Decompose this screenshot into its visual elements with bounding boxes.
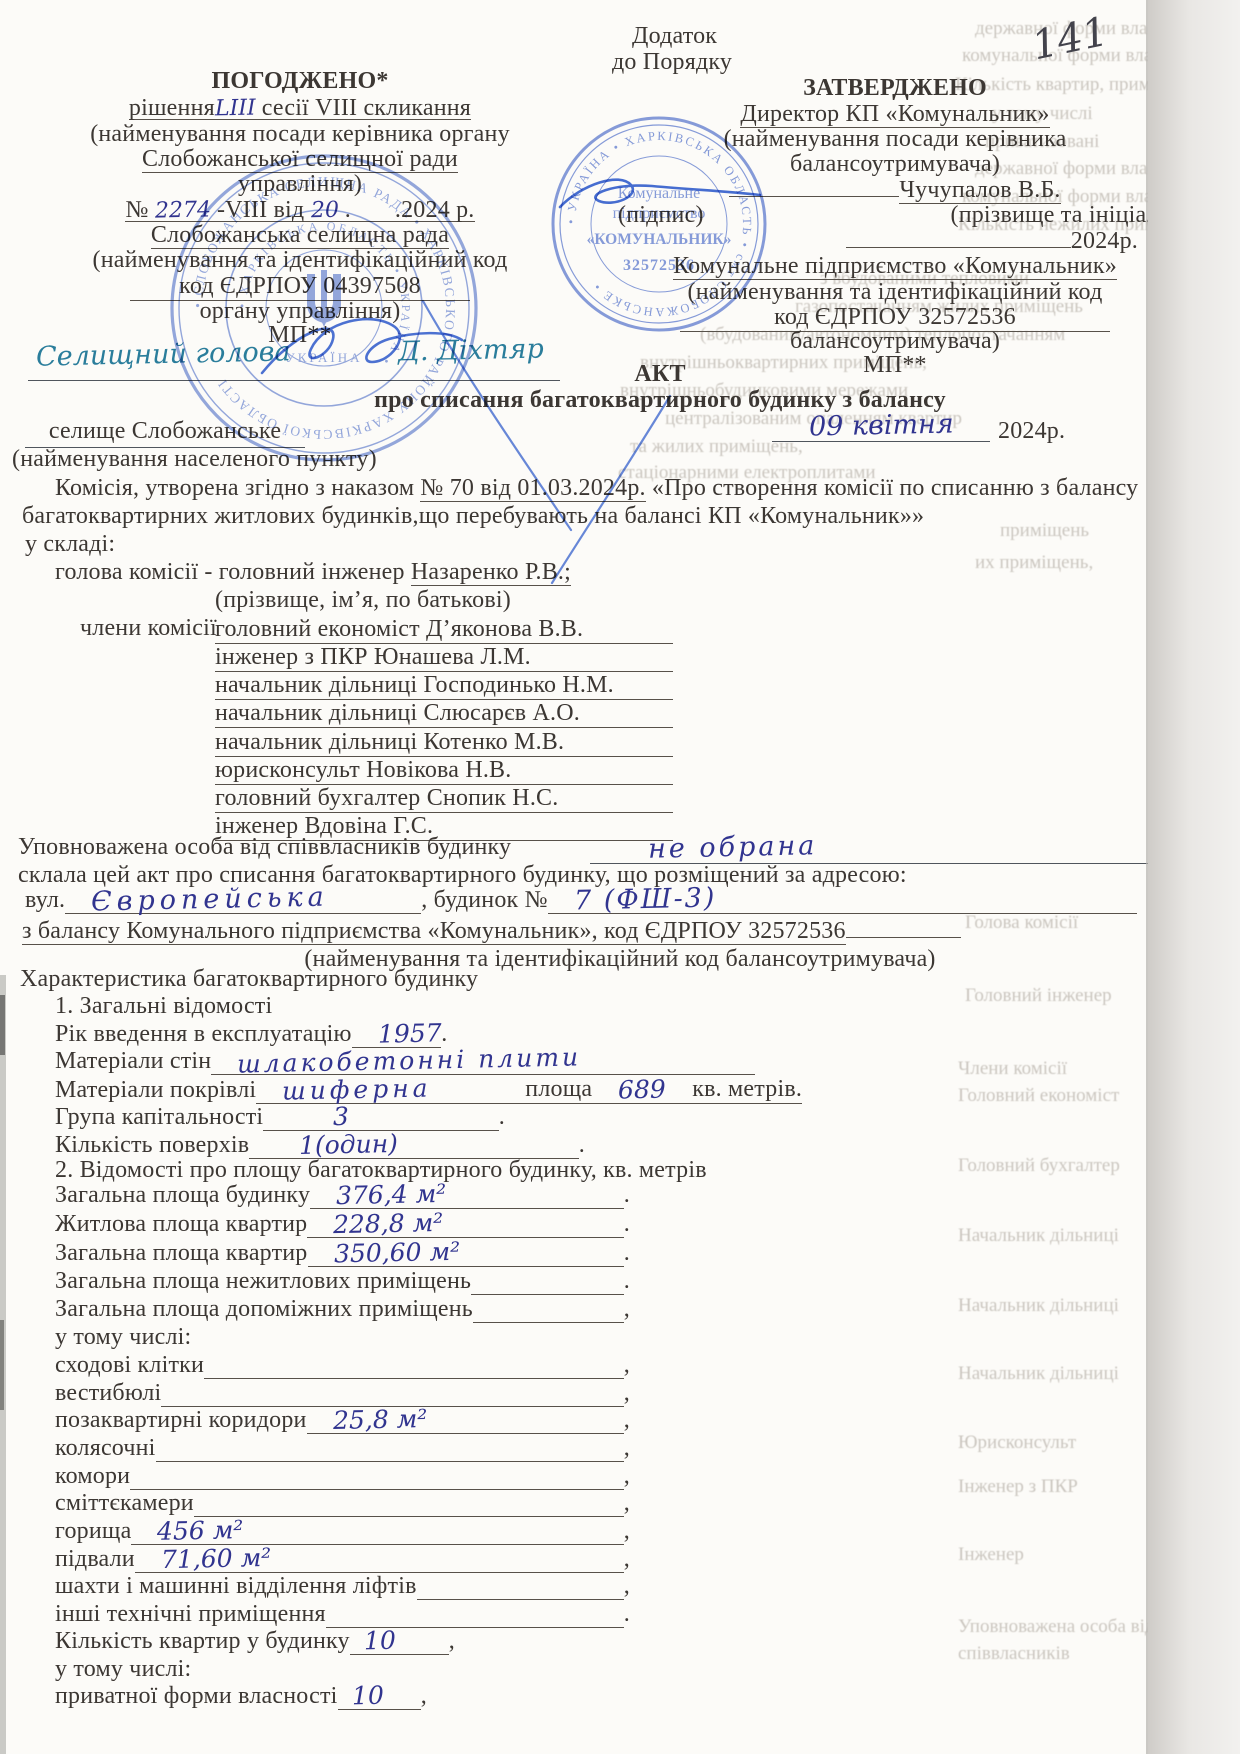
note-text: (найменування посади керівника	[724, 126, 1067, 152]
confirmed-title-text: ЗАТВЕРДЖЕНО	[803, 75, 987, 101]
approved-title: ПОГОДЖЕНО*	[30, 68, 570, 95]
council-round-stamp-icon: • СЛОБОЖАНСЬКА СЕЛИЩНА РАДА • ХАРКІВСЬКО…	[166, 150, 482, 466]
row-blank: 228,8 м²	[307, 1211, 623, 1238]
row-blank: 1957	[352, 1021, 442, 1048]
row-blank: 10	[338, 1683, 421, 1710]
row-value-handwritten: 1957	[377, 1020, 441, 1046]
row-label: Загальна площа допоміжних приміщень	[55, 1296, 473, 1323]
street-blank: Європейська	[65, 886, 421, 914]
session-number-handwritten: LIII	[215, 98, 256, 121]
building-value-handwritten: 7 (ФШ-3)	[573, 885, 716, 915]
bleed-text: Юрисконсульт	[958, 1432, 1076, 1454]
commission-intro-line-2: багатоквартирних житлових будинків,що пе…	[22, 503, 924, 530]
row-value-handwritten: 10	[364, 1628, 396, 1654]
row-punct: ,	[624, 1573, 630, 1600]
head-label: голова комісії - головний інженер	[55, 559, 411, 585]
street-label: вул.	[25, 887, 65, 914]
approved-decision-line: рішенняLIII сесії VIII скликання	[30, 95, 570, 122]
row-value-handwritten: 10	[351, 1683, 383, 1709]
stamp-company-code: 32572536	[623, 257, 695, 274]
label-text: Уповноважена особа від співвласників буд…	[18, 834, 511, 860]
row-label: горища	[55, 1518, 131, 1545]
address-line: вул. Європейська , будинок № 7 (ФШ-3)	[25, 886, 1137, 914]
approved-note-1: (найменування посади керівника органу	[30, 121, 570, 148]
section-1-title: 1. Загальні відомості	[55, 993, 272, 1020]
row-label: Загальна площа квартир	[55, 1240, 308, 1267]
row-label: колясочні	[55, 1435, 156, 1462]
stamp-company-line-1: Комунальне	[618, 185, 700, 202]
row-label: Матеріали покрівлі	[55, 1077, 256, 1104]
bleed-text: Уповноважена особа від	[958, 1616, 1155, 1638]
commission-intro-line-1: Комісія, утворена згідно з наказом № 70 …	[55, 475, 1138, 502]
confirmed-title: ЗАТВЕРДЖЕНО	[600, 75, 1190, 102]
member-text: головний бухгалтер Снопик Н.С.	[215, 785, 558, 811]
row-value-handwritten: 1(один)	[299, 1131, 398, 1158]
bleed-text: Начальник дільниці	[958, 1295, 1119, 1317]
row-label: підвали	[55, 1546, 135, 1573]
row-punct: ,	[624, 1546, 630, 1573]
annex-line-1: Додаток	[632, 23, 717, 50]
row-blank: 350,60 м²	[308, 1240, 624, 1267]
note-text: (прізвище, ім’я, по батькові)	[215, 587, 511, 613]
row-label: у тому числі:	[55, 1656, 191, 1682]
section-title-text: 2. Відомості про площу багатоквартирного…	[55, 1157, 707, 1183]
area-row: сміттєкамери,	[55, 1490, 630, 1517]
roof-material-row: Матеріали покрівлішифернаплоща689кв. мет…	[55, 1076, 885, 1104]
member-text: головний економіст Д’яконова В.В.	[215, 616, 583, 642]
row-blank	[417, 1581, 624, 1600]
characteristics-title: Характеристика багатоквартирного будинку	[20, 966, 478, 993]
area-row: комори,	[55, 1463, 630, 1490]
floors-row: Кількість поверхів1(один).	[55, 1132, 585, 1159]
building-blank: 7 (ФШ-3)	[548, 886, 1137, 914]
commission-member-row: головний бухгалтер Снопик Н.С.	[215, 785, 673, 813]
row-punct: .	[579, 1132, 585, 1159]
row-label: Загальна площа нежитлових приміщень	[55, 1268, 471, 1295]
bleed-text: Голова комісії	[965, 912, 1078, 934]
number-sign: №	[125, 197, 154, 223]
area-label: площа	[517, 1076, 592, 1104]
row-punct: ,	[624, 1490, 630, 1517]
decision-label-tail: сесії VIII скликання	[256, 95, 472, 121]
bleed-text: Інженер з ПКР	[958, 1476, 1078, 1498]
bleed-text: их приміщень,	[975, 552, 1093, 574]
note-text: балансоутримувача)	[790, 328, 1000, 354]
row-label: Загальна площа будинку	[55, 1182, 310, 1209]
row-blank: 456 м²	[131, 1518, 623, 1545]
row-punct: ,	[624, 1380, 630, 1407]
row-value-handwritten: шлакобетонні плити	[237, 1044, 582, 1076]
annex-text: Додаток	[632, 23, 717, 49]
area-row: Загальна площа допоміжних приміщень,	[55, 1296, 630, 1323]
area-row: колясочні,	[55, 1435, 630, 1462]
member-text: юрисконсульт Новікова Н.В.	[215, 757, 511, 783]
note-text: балансоутримувача)	[790, 151, 1000, 177]
member-text: начальник дільниці Котенко М.В.	[215, 729, 564, 755]
row-punct: ,	[449, 1628, 455, 1655]
scan-left-edge-mark	[0, 995, 5, 1055]
row-label: інші технічні приміщення	[55, 1601, 326, 1628]
authorized-value-handwritten: не обрана	[648, 832, 818, 863]
row-blank: 71,60 м²	[135, 1546, 624, 1573]
act-year: 2024р.	[998, 418, 1065, 445]
note-text: (найменування посади керівника органу	[90, 121, 510, 147]
member-text: інженер з ПКР Юнашева Л.М.	[215, 644, 531, 670]
row-punct: .	[624, 1268, 630, 1295]
area-row: вестибюлі,	[55, 1380, 630, 1407]
bleed-text: співвласників	[958, 1643, 1070, 1665]
svg-text:• УКРАЇНА • ХАРКІВСЬКА ОБЛАСТЬ: • УКРАЇНА • ХАРКІВСЬКА ОБЛАСТЬ • смт СЛО…	[564, 129, 754, 319]
row-punct: .	[624, 1240, 630, 1267]
section-title-text: Характеристика багатоквартирного будинку	[20, 966, 478, 992]
row-punct: ,	[624, 1518, 630, 1545]
act-date-handwritten: 09 квітня	[808, 410, 953, 440]
balance-line: з балансу Комунального підприємства «Ком…	[22, 918, 961, 945]
decision-label: рішення	[129, 95, 215, 121]
area-row: підвали71,60 м²,	[55, 1546, 630, 1573]
scanned-act-document-page: державної форми власності комунальної фо…	[0, 0, 1240, 1754]
bleed-text: Начальник дільниці	[958, 1225, 1119, 1247]
row-value-handwritten: 3	[333, 1104, 349, 1129]
bleed-text: Головний економіст	[958, 1085, 1119, 1107]
commission-head-note: (прізвище, ім’я, по батькові)	[215, 587, 511, 614]
stamp-company-line-2: підприємство	[613, 205, 706, 222]
bleed-text: Інженер	[958, 1544, 1024, 1566]
row-value-handwritten: 456 м²	[157, 1517, 244, 1544]
balance-text: з балансу Комунального підприємства «Ком…	[22, 918, 846, 945]
annex-text: до Порядку	[612, 49, 732, 75]
row-value-handwritten: 350,60 м²	[333, 1239, 460, 1267]
row-blank: 689	[592, 1077, 692, 1104]
row-punct: ,	[421, 1683, 427, 1710]
row-blank: шиферна	[256, 1077, 517, 1104]
row-label: шахти і машинні відділення ліфтів	[55, 1573, 417, 1600]
commission-members-label: члени комісії	[80, 615, 217, 642]
date-blank	[846, 230, 1071, 248]
act-year-text: 2024р.	[998, 418, 1065, 444]
section-title-text: 1. Загальні відомості	[55, 993, 272, 1019]
stamp-country-text: УКРАЇНА	[286, 350, 363, 365]
row-punct: .	[499, 1104, 505, 1131]
units-label: кв. метрів.	[692, 1076, 802, 1104]
commission-member-row: головний економіст Д’яконова В.В.	[215, 616, 673, 644]
balance-blank	[846, 920, 961, 938]
scan-left-edge-mark	[0, 1320, 4, 1410]
row-punct: .	[624, 1211, 630, 1238]
row-blank: 10	[350, 1628, 449, 1655]
intro-text: у складі:	[25, 531, 115, 557]
row-label: позаквартирні коридори	[55, 1407, 307, 1434]
trident-icon	[307, 270, 341, 327]
director-title-text: Директор КП «Комунальник»	[740, 101, 1049, 128]
bleed-text: Головний бухгалтер	[958, 1155, 1120, 1177]
commission-member-row: начальник дільниці Слюсарєв А.О.	[215, 700, 673, 728]
row-punct: ,	[624, 1352, 630, 1379]
commission-member-row: начальник дільниці Господинько Н.М.	[215, 672, 673, 700]
bleed-text: Начальник дільниці	[958, 1363, 1119, 1385]
building-label: , будинок №	[421, 887, 547, 914]
row-label: Кількість поверхів	[55, 1132, 249, 1159]
commission-head-line: голова комісії - головний інженер Назаре…	[55, 559, 571, 586]
row-value-handwritten: 376,4 м²	[336, 1181, 447, 1208]
area-row: інші технічні приміщення.	[55, 1601, 630, 1628]
apartments-count-row: Кількість квартир у будинку10,	[55, 1628, 455, 1655]
authorized-person-label: Уповноважена особа від співвласників буд…	[18, 834, 511, 861]
row-label: Кількість квартир у будинку	[55, 1628, 350, 1655]
row-punct: ,	[624, 1296, 630, 1323]
row-label: приватної форми власності	[55, 1683, 338, 1710]
row-blank	[326, 1609, 624, 1628]
member-text: начальник дільниці Слюсарєв А.О.	[215, 700, 580, 726]
area-row: позаквартирні коридори25,8 м²,	[55, 1407, 630, 1434]
intro-text: багатоквартирних житлових будинків,що пе…	[22, 503, 924, 529]
company-round-stamp-icon: • УКРАЇНА • ХАРКІВСЬКА ОБЛАСТЬ • смт СЛО…	[549, 114, 769, 334]
row-label: комори	[55, 1463, 130, 1490]
row-punct: ,	[624, 1407, 630, 1434]
area-row: горища456 м²,	[55, 1518, 630, 1545]
year-text: 2024р.	[1071, 228, 1138, 254]
row-punct: ,	[624, 1463, 630, 1490]
row-label: у тому числі:	[55, 1324, 191, 1350]
bleed-text: Члени комісії	[958, 1058, 1067, 1080]
including-label: у тому числі:	[55, 1656, 191, 1683]
commission-member-row: начальник дільниці Котенко М.В.	[215, 729, 673, 757]
area-row: Загальна площа квартир350,60 м².	[55, 1240, 630, 1267]
area-value-handwritten: 689	[618, 1077, 666, 1103]
area-row: сходові клітки,	[55, 1352, 630, 1379]
stamp-ring-text: • УКРАЇНА • ХАРКІВСЬКА ОБЛАСТЬ • смт СЛО…	[564, 129, 754, 319]
row-blank	[471, 1276, 624, 1295]
row-label: Житлова площа квартир	[55, 1211, 307, 1238]
street-value-handwritten: Європейська	[91, 884, 329, 916]
area-row: шахти і машинні відділення ліфтів,	[55, 1573, 630, 1600]
commission-member-row: інженер з ПКР Юнашева Л.М.	[215, 644, 673, 672]
private-ownership-row: приватної форми власності10,	[55, 1683, 427, 1710]
bleed-text: Головний інженер	[965, 985, 1112, 1007]
area-row: Загальна площа нежитлових приміщень.	[55, 1268, 630, 1295]
row-label: сміттєкамери	[55, 1490, 194, 1517]
row-value-handwritten: 228,8 м²	[333, 1210, 444, 1237]
row-blank: 376,4 м²	[310, 1182, 624, 1209]
row-blank	[156, 1443, 624, 1462]
row-blank: 3	[263, 1104, 498, 1131]
capital-group-row: Група капітальності3.	[55, 1104, 505, 1131]
intro-text: Комісія, утворена згідно з наказом	[55, 475, 420, 501]
head-name-text: Назаренко Р.В.;	[411, 559, 571, 586]
area-row: Загальна площа будинку376,4 м².	[55, 1182, 630, 1209]
member-text: начальник дільниці Господинько Н.М.	[215, 672, 614, 698]
stamp-company-line-3: «КОМУНАЛЬНИК»	[587, 231, 732, 248]
row-label: вестибюлі	[55, 1380, 161, 1407]
row-value-handwritten: 25,8 м²	[332, 1406, 427, 1433]
row-label: Матеріали стін	[55, 1048, 211, 1075]
row-label: Група капітальності	[55, 1104, 263, 1131]
act-date-line: 09 квітня	[772, 408, 990, 442]
row-blank	[473, 1304, 624, 1323]
authorized-person-value: не обрана	[590, 830, 1193, 864]
director-name-text: Чучупалов В.Б.	[899, 177, 1060, 204]
intro-text-tail: «Про створення комісії по списанню з бал…	[646, 475, 1139, 501]
row-blank: 1(один)	[249, 1132, 578, 1159]
row-blank: 25,8 м²	[307, 1407, 624, 1434]
scan-right-edge-shadow	[1148, 0, 1240, 1754]
commission-intro-line-3: у складі:	[25, 531, 115, 558]
row-value-handwritten: шиферна	[282, 1075, 432, 1103]
row-blank	[194, 1498, 624, 1517]
bleed-text: приміщень	[1000, 520, 1089, 542]
including-label: у тому числі:	[55, 1324, 191, 1351]
row-blank	[130, 1471, 624, 1490]
row-punct: .	[624, 1182, 630, 1209]
commission-member-row: юрисконсульт Новікова Н.В.	[215, 757, 673, 785]
row-value-handwritten: 71,60 м²	[161, 1545, 272, 1572]
scan-edge-line	[1146, 0, 1148, 1754]
year-built-row: Рік введення в експлуатацію1957.	[55, 1021, 395, 1048]
approved-title-text: ПОГОДЖЕНО*	[211, 68, 388, 94]
row-label: сходові клітки	[55, 1352, 204, 1379]
act-title-text: АКТ	[634, 361, 685, 387]
intro-text: склала цей акт про списання багатокварти…	[18, 862, 907, 888]
order-number-text: № 70 від 01.03.2024р.	[420, 475, 645, 502]
row-punct: ,	[624, 1435, 630, 1462]
row-punct: .	[624, 1601, 630, 1628]
edrpou-code-text: код ЄДРПОУ 32572536	[774, 304, 1016, 330]
walls-material-row: Матеріали стіншлакобетонні плити	[55, 1048, 755, 1075]
row-label: Рік введення в експлуатацію	[55, 1021, 352, 1048]
members-label-text: члени комісії	[80, 615, 217, 641]
area-row: Житлова площа квартир228,8 м².	[55, 1211, 630, 1238]
annex-line-2: до Порядку	[612, 49, 732, 76]
row-blank	[204, 1360, 624, 1379]
row-blank: шлакобетонні плити	[211, 1048, 755, 1075]
